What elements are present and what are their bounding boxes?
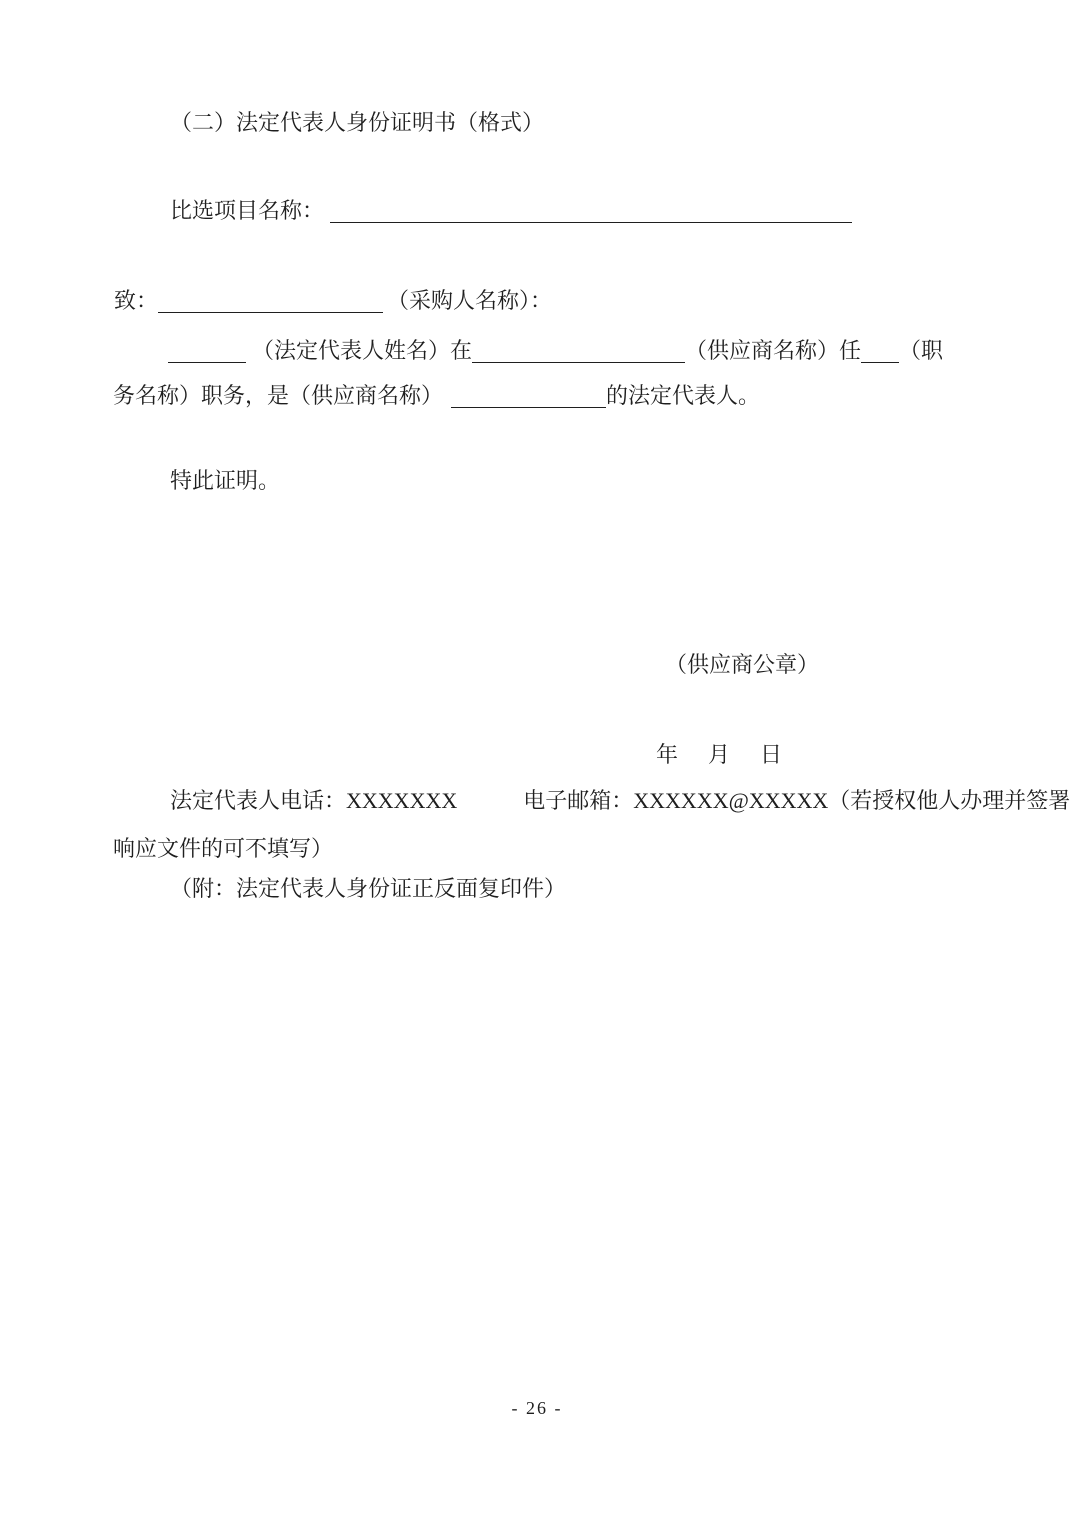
legal-rep-name-blank	[168, 342, 246, 363]
contact-line-1: 法定代表人电话：XXXXXXX电子邮箱：XXXXXX@XXXXX（若授权他人办理…	[170, 787, 1070, 815]
auth-note-line-1: （若授权他人办理并签署	[828, 788, 1070, 813]
date-line: 年 月 日	[656, 741, 786, 769]
position-title-blank	[861, 342, 899, 363]
phone-label: 法定代表人电话：	[170, 788, 346, 813]
supplier-name-blank-1	[472, 342, 685, 363]
salutation-prefix: 致：	[114, 288, 158, 313]
statement-line-2: 务名称）职务，是（供应商名称）的法定代表人。	[113, 382, 760, 410]
document-page: （二）法定代表人身份证明书（格式） 比选项目名称： 致：（采购人名称）： （法定…	[0, 0, 1074, 1520]
statement-name-note: （法定代表人姓名）在	[252, 338, 472, 363]
salutation-suffix: （采购人名称）：	[387, 288, 552, 313]
supplier-seal-note: （供应商公章）	[665, 651, 819, 679]
project-name-line: 比选项目名称：	[170, 197, 852, 225]
page-number: - 26 -	[0, 1398, 1074, 1419]
statement-line2-head: 务名称）职务，是（供应商名称）	[113, 383, 443, 408]
attachment-note: （附：法定代表人身份证正反面复印件）	[170, 875, 566, 903]
email-value: XXXXXX@XXXXX	[633, 788, 828, 813]
project-name-blank	[330, 202, 852, 223]
email-label: 电子邮箱：	[523, 788, 633, 813]
phone-value: XXXXXXX	[346, 788, 457, 813]
page-title: （二）法定代表人身份证明书（格式）	[170, 109, 544, 137]
salutation-line: 致：（采购人名称）：	[114, 287, 552, 315]
purchaser-name-blank	[158, 292, 383, 313]
statement-line1-tail: （职	[899, 338, 943, 363]
supplier-name-blank-2	[451, 387, 606, 408]
statement-supplier-note: （供应商名称）任	[685, 338, 861, 363]
certification-text: 特此证明。	[170, 467, 280, 495]
auth-note-line-2: 响应文件的可不填写）	[113, 835, 333, 863]
statement-line-1: （法定代表人姓名）在（供应商名称）任（职	[168, 337, 943, 365]
project-name-label: 比选项目名称：	[170, 198, 324, 223]
statement-line2-tail: 的法定代表人。	[606, 383, 760, 408]
